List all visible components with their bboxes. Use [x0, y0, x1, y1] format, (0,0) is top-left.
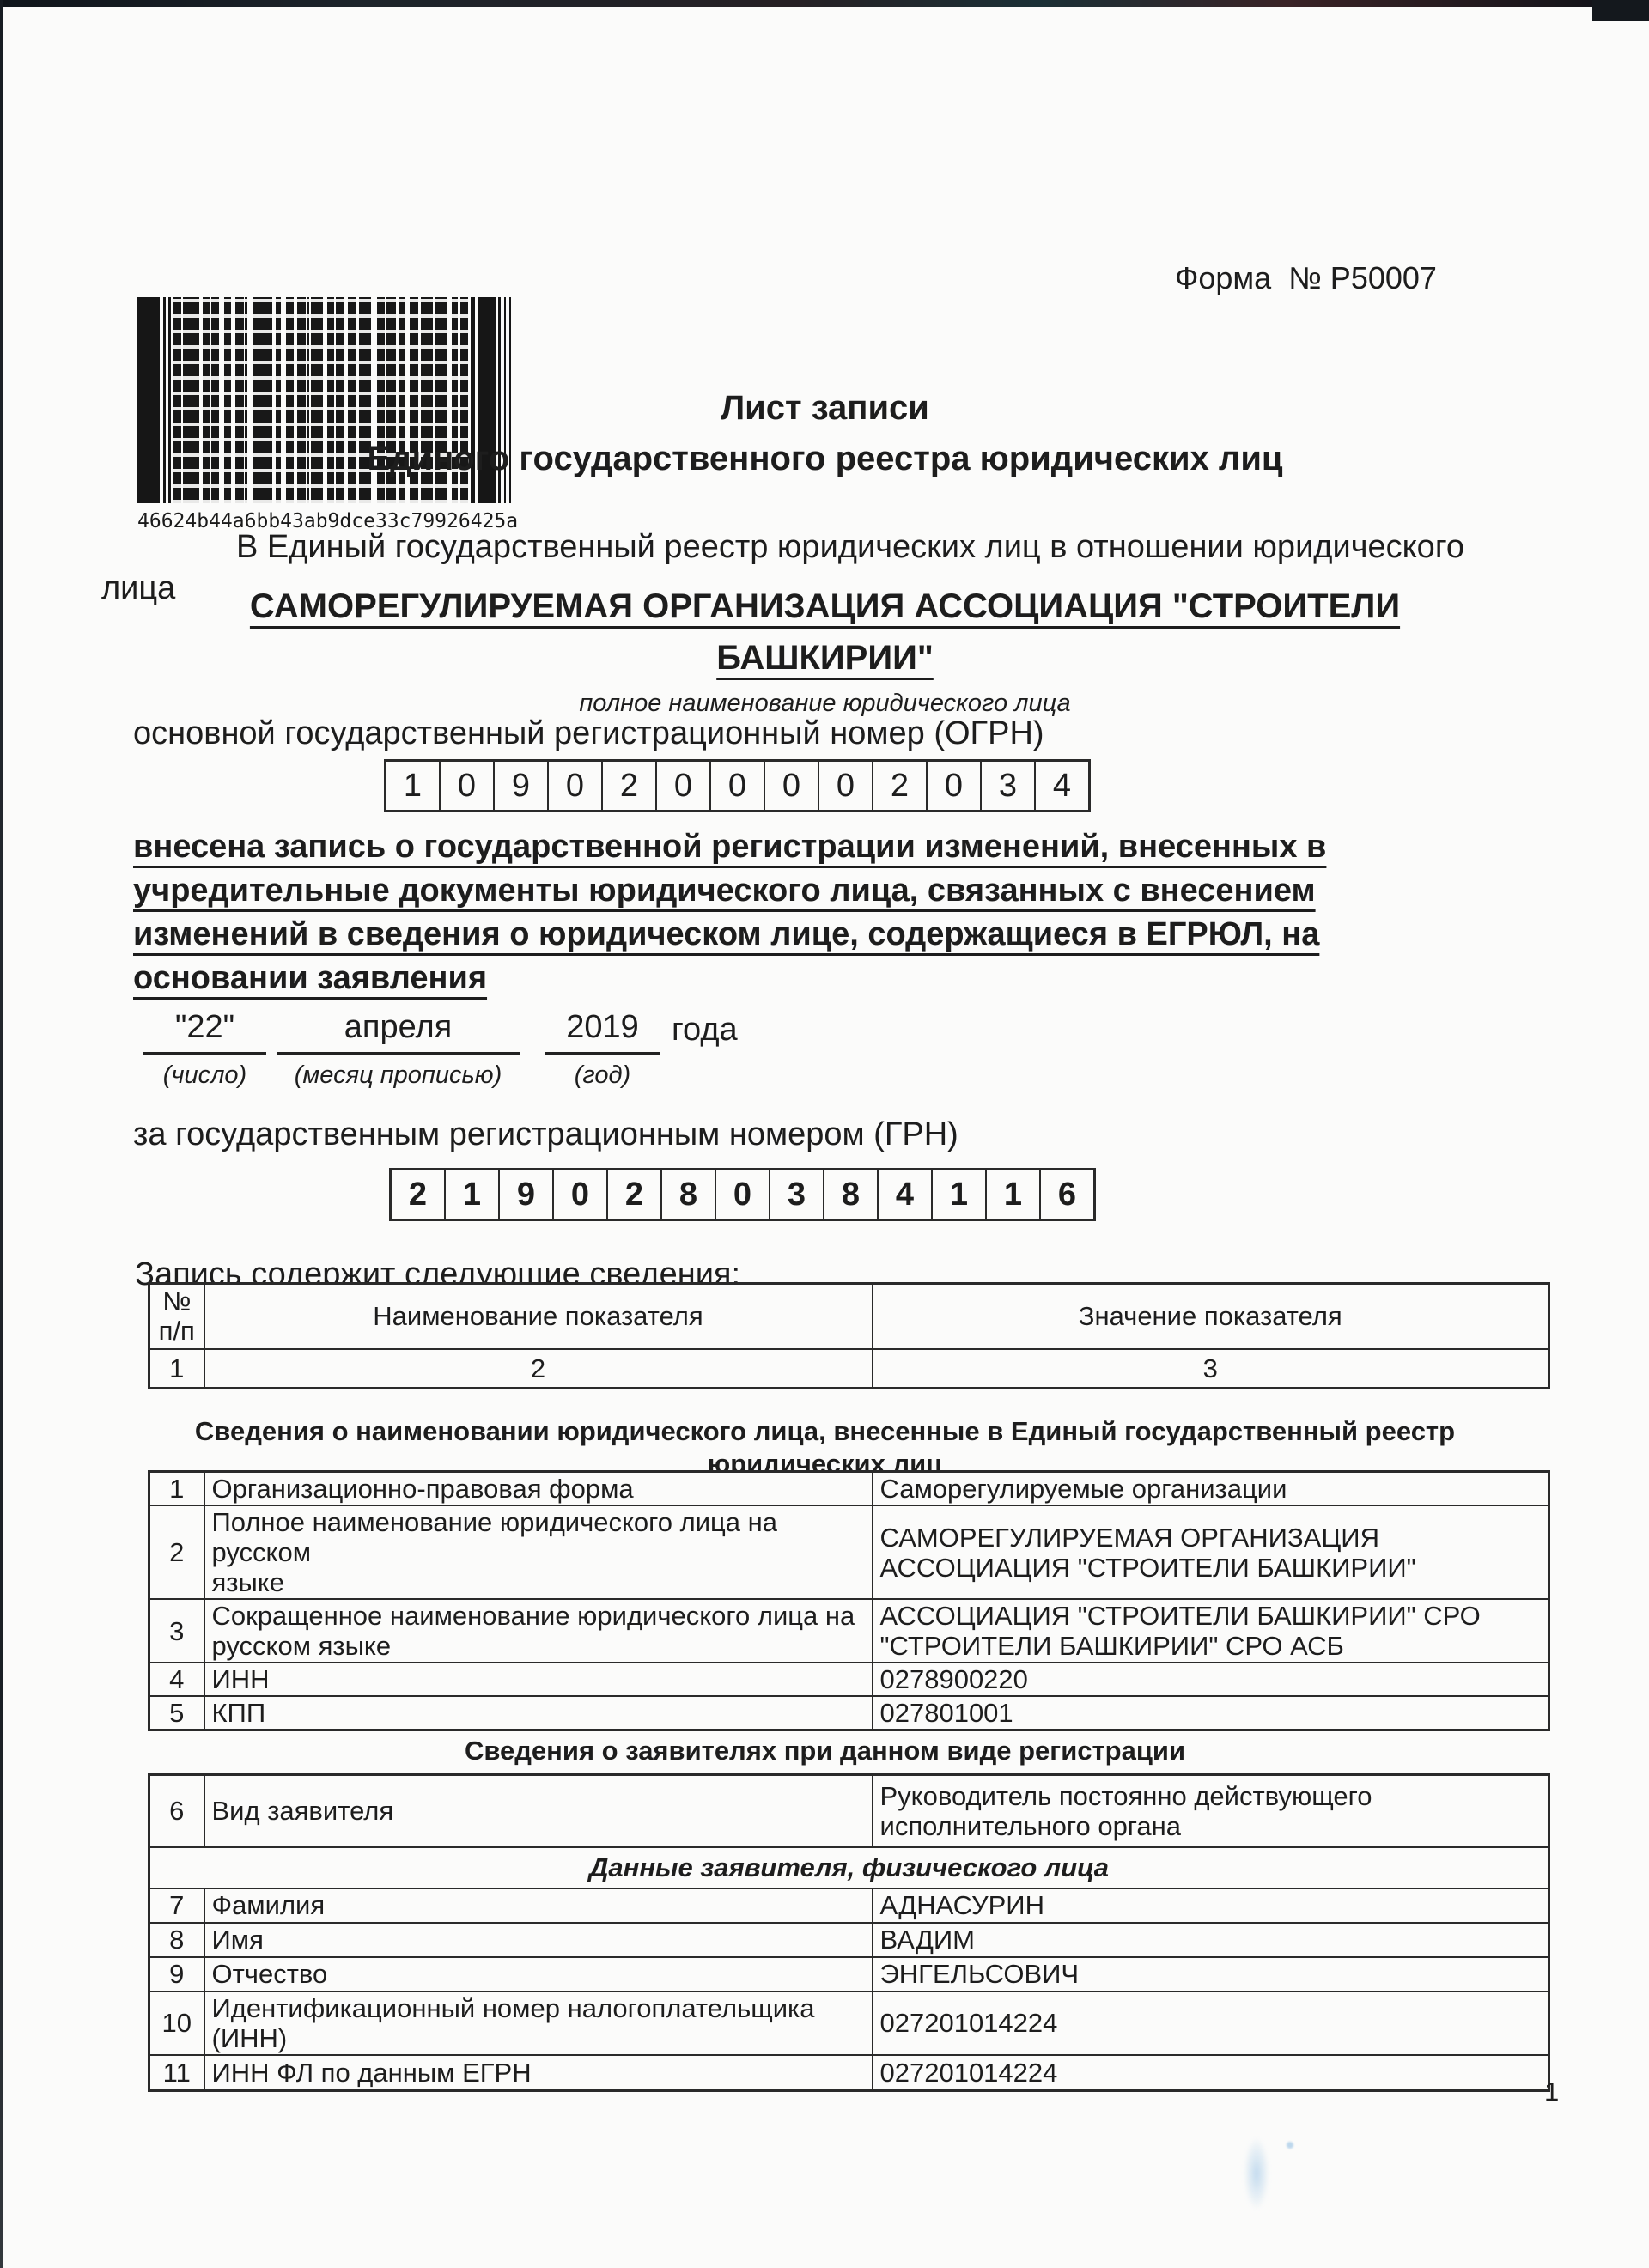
row-name: Организационно-правовая форма: [204, 1472, 873, 1506]
row-number: 1: [149, 1472, 204, 1506]
grn-digit: 9: [500, 1170, 554, 1219]
ogrn-digit: 3: [982, 762, 1036, 810]
applicant-subheader: Данные заявителя, физического лица: [149, 1847, 1549, 1888]
row-name: Сокращенное наименование юридического ли…: [204, 1599, 873, 1663]
row-name: Полное наименование юридического лица на…: [204, 1505, 873, 1599]
table-row: 3 Сокращенное наименование юридического …: [149, 1599, 1549, 1663]
header-row: №п/п Наименование показателя Значение по…: [149, 1284, 1549, 1349]
record-statement-line1: внесена запись о государственной регистр…: [133, 829, 1326, 866]
company-name-caption: полное наименование юридического лица: [101, 690, 1549, 718]
table-subheader-row: Данные заявителя, физического лица: [149, 1847, 1549, 1888]
grn-digit: 0: [554, 1170, 608, 1219]
date-year: 2019: [545, 1009, 660, 1055]
record-statement-line3: изменений в сведения о юридическом лице,…: [133, 916, 1319, 953]
row-number: 4: [149, 1663, 204, 1696]
header-col-name: Наименование показателя: [204, 1284, 873, 1349]
row-value: Руководитель постоянно действующего испо…: [873, 1775, 1549, 1847]
ogrn-digit-boxes: 1 0 9 0 2 0 0 0 0 2 0 3 4: [384, 759, 1091, 812]
ogrn-label: основной государственный регистрационный…: [133, 715, 1044, 752]
row-number: 8: [149, 1923, 204, 1957]
row-number: 3: [149, 1599, 204, 1663]
row-number: 2: [149, 1505, 204, 1599]
scan-edge-top: [0, 0, 1649, 7]
row-number: 9: [149, 1957, 204, 1991]
date-year-suffix: года: [672, 1012, 738, 1049]
row-value: ВАДИМ: [873, 1923, 1549, 1957]
grn-digit: 0: [716, 1170, 770, 1219]
row-value: Саморегулируемые организации: [873, 1472, 1549, 1506]
table-row: 9 Отчество ЭНГЕЛЬСОВИЧ: [149, 1957, 1549, 1991]
row-value: 027201014224: [873, 2055, 1549, 2091]
date-year-label: (год): [545, 1061, 660, 1090]
intro-line1: В Единый государственный реестр юридичес…: [236, 529, 1464, 566]
grn-digit: 2: [608, 1170, 662, 1219]
date-day-label: (число): [137, 1061, 272, 1090]
grn-digit: 1: [933, 1170, 987, 1219]
grn-digit: 6: [1041, 1170, 1093, 1219]
date-month-label: (месяц прописью): [273, 1061, 523, 1090]
ogrn-digit: 2: [873, 762, 928, 810]
row-name: ИНН ФЛ по данным ЕГРН: [204, 2055, 873, 2091]
section2-title: Сведения о заявителях при данном виде ре…: [101, 1735, 1549, 1767]
ogrn-digit: 9: [495, 762, 549, 810]
table-row: 8 Имя ВАДИМ: [149, 1923, 1549, 1957]
record-statement-line4: основании заявления: [133, 960, 487, 997]
scan-edge-top-corner: [1592, 0, 1649, 21]
grn-digit: 8: [824, 1170, 879, 1219]
ogrn-digit: 0: [765, 762, 819, 810]
scan-edge-left: [0, 0, 3, 2268]
header-number-row: 1 2 3: [149, 1349, 1549, 1389]
applicant-details-table: 6 Вид заявителя Руководитель постоянно д…: [148, 1773, 1550, 2092]
header-col-value: Значение показателя: [873, 1284, 1549, 1349]
document-page: : 46624b44a6bb43ab9dce33c79926425a Форма…: [0, 0, 1649, 2268]
row-name: Отчество: [204, 1957, 873, 1991]
table-row: 1 Организационно-правовая форма Саморегу…: [149, 1472, 1549, 1506]
company-name-line1: САМОРЕГУЛИРУЕМАЯ ОРГАНИЗАЦИЯ АССОЦИАЦИЯ …: [101, 587, 1549, 626]
ogrn-digit: 4: [1036, 762, 1088, 810]
ogrn-digit: 0: [549, 762, 603, 810]
records-header-table: №п/п Наименование показателя Значение по…: [148, 1282, 1550, 1389]
ogrn-digit: 0: [441, 762, 495, 810]
row-name: Вид заявителя: [204, 1775, 873, 1847]
blue-ink-dot: [1287, 2142, 1293, 2149]
ogrn-digit: 0: [819, 762, 873, 810]
grn-label: за государственным регистрационным номер…: [133, 1116, 958, 1153]
row-value: 0278900220: [873, 1663, 1549, 1696]
grn-digit-boxes: 2 1 9 0 2 8 0 3 8 4 1 1 6: [389, 1168, 1096, 1221]
table-row: 10 Идентификационный номер налогоплатель…: [149, 1991, 1549, 2055]
ogrn-digit: 1: [386, 762, 441, 810]
header-col-number: №п/п: [149, 1284, 204, 1349]
blue-ink-smudge: [1244, 2137, 1269, 2210]
ogrn-digit: 0: [711, 762, 765, 810]
header-number-3: 3: [873, 1349, 1549, 1389]
row-value: ЭНГЕЛЬСОВИЧ: [873, 1957, 1549, 1991]
row-value: АДНАСУРИН: [873, 1888, 1549, 1923]
table-row: 5 КПП 027801001: [149, 1696, 1549, 1730]
table-row: 2 Полное наименование юридического лица …: [149, 1505, 1549, 1599]
grn-digit: 1: [446, 1170, 500, 1219]
row-value: 027801001: [873, 1696, 1549, 1730]
row-name: Фамилия: [204, 1888, 873, 1923]
row-number: 6: [149, 1775, 204, 1847]
record-statement-line2: учредительные документы юридического лиц…: [133, 873, 1316, 909]
table-row: 6 Вид заявителя Руководитель постоянно д…: [149, 1775, 1549, 1847]
table-row: 11 ИНН ФЛ по данным ЕГРН 027201014224: [149, 2055, 1549, 2091]
grn-digit: 3: [770, 1170, 824, 1219]
row-number: 5: [149, 1696, 204, 1730]
row-name: Имя: [204, 1923, 873, 1957]
table-row: 7 Фамилия АДНАСУРИН: [149, 1888, 1549, 1923]
row-value: САМОРЕГУЛИРУЕМАЯ ОРГАНИЗАЦИЯ АССОЦИАЦИЯ …: [873, 1505, 1549, 1599]
form-number-label: Форма № Р50007: [1175, 260, 1437, 296]
document-title-line1: Лист записи: [101, 389, 1549, 428]
name-details-table: 1 Организационно-правовая форма Саморегу…: [148, 1470, 1550, 1731]
date-day: "22": [143, 1009, 266, 1055]
row-value: АССОЦИАЦИЯ "СТРОИТЕЛИ БАШКИРИИ" СРО "СТР…: [873, 1599, 1549, 1663]
grn-digit: 8: [662, 1170, 716, 1219]
header-number-2: 2: [204, 1349, 873, 1389]
grn-digit: 4: [879, 1170, 933, 1219]
ogrn-digit: 2: [603, 762, 657, 810]
row-number: 11: [149, 2055, 204, 2091]
grn-digit: 1: [987, 1170, 1041, 1219]
row-value: 027201014224: [873, 1991, 1549, 2055]
row-number: 7: [149, 1888, 204, 1923]
document-title-line2: Единого государственного реестра юридиче…: [101, 440, 1549, 478]
ogrn-digit: 0: [657, 762, 711, 810]
row-number: 10: [149, 1991, 204, 2055]
page-number: 1: [1544, 2076, 1559, 2107]
row-name: Идентификационный номер налогоплательщик…: [204, 1991, 873, 2055]
date-month: апреля: [277, 1009, 520, 1055]
row-name: ИНН: [204, 1663, 873, 1696]
company-name-line2: БАШКИРИИ": [101, 639, 1549, 678]
ogrn-digit: 0: [928, 762, 982, 810]
grn-digit: 2: [392, 1170, 446, 1219]
table-row: 4 ИНН 0278900220: [149, 1663, 1549, 1696]
row-name: КПП: [204, 1696, 873, 1730]
header-number-1: 1: [149, 1349, 204, 1389]
